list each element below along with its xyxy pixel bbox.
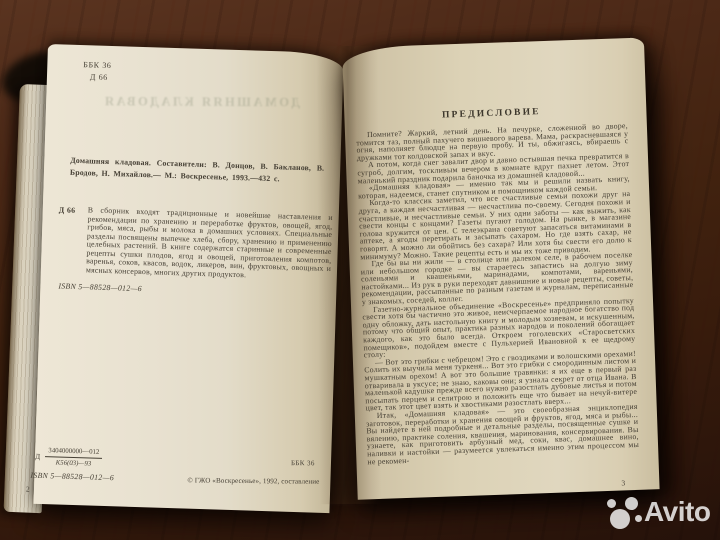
annotation-text: В сборник входят традиционные и новейшие… bbox=[86, 206, 333, 282]
right-page: ПРЕДИСЛОВИЕ Помните? Жаркий, летний день… bbox=[342, 37, 660, 499]
avito-logo-icon bbox=[607, 499, 616, 508]
annotation-index-label: Д 66 bbox=[59, 205, 76, 215]
page-number-left: 2 bbox=[26, 485, 30, 494]
bbk-code: ББК 36 bbox=[83, 60, 111, 70]
isbn-bottom: ISBN 5—88528—012—6 bbox=[30, 471, 114, 483]
catalog-letter: Д bbox=[35, 452, 40, 461]
catalog-denominator: К56(03)—93 bbox=[45, 457, 102, 469]
avito-logo-icon bbox=[625, 497, 638, 510]
bibliographic-entry: Домашняя кладовая. Составители: В. Донцо… bbox=[70, 155, 325, 186]
bbk-classification-bottom: ББК 36 bbox=[291, 459, 315, 467]
isbn-annotation: ISBN 5—88528—012—6 bbox=[58, 281, 142, 293]
avito-logo-icon bbox=[610, 509, 630, 529]
author-sign-code: Д 66 bbox=[83, 71, 111, 84]
copyright-notice: © ГЖО «Воскресенье», 1992, составление bbox=[187, 476, 357, 486]
bleedthrough-title: ДОМАШНЯЯ КЛАДОВАЯ bbox=[98, 94, 304, 110]
avito-logo-icon bbox=[635, 515, 642, 522]
bbk-classification-top: ББК 36 Д 66 bbox=[83, 59, 112, 84]
avito-brand-text: Avito bbox=[644, 496, 710, 528]
catalog-index: Д 3404000000—012 К56(03)—93 bbox=[35, 446, 103, 469]
preface-body: ПРЕДИСЛОВИЕ Помните? Жаркий, летний день… bbox=[355, 104, 639, 465]
left-page: ББК 36 Д 66 ДОМАШНЯЯ КЛАДОВАЯ Домашняя к… bbox=[34, 44, 344, 513]
book-photo: ББК 36 Д 66 ДОМАШНЯЯ КЛАДОВАЯ Домашняя к… bbox=[0, 0, 720, 540]
catalog-fraction: 3404000000—012 К56(03)—93 bbox=[45, 446, 103, 469]
preface-title: ПРЕДИСЛОВИЕ bbox=[355, 104, 627, 123]
annotation-block: Д 66 В сборник входят традиционные и нов… bbox=[86, 206, 333, 282]
page-number-right: 3 bbox=[621, 478, 625, 487]
preface-paragraph: Итак, «Домашняя кладовая» — это своеобра… bbox=[366, 403, 640, 466]
preface-paragraph: Когда-то классик заметил, что все счастл… bbox=[358, 190, 632, 260]
